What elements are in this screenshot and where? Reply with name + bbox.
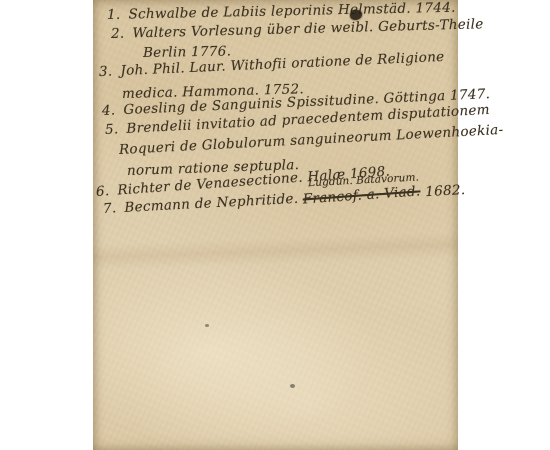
paper-speckle: [163, 62, 166, 65]
entry-number: 2.: [111, 26, 125, 42]
manuscript-page: 1.Schwalbe de Labiis leporinis Helmstäd.…: [93, 0, 458, 450]
entry-number: 4.: [102, 102, 116, 119]
entry-number: 5.: [105, 121, 119, 138]
paper-crease: [93, 232, 459, 271]
entry-number: 6.: [95, 183, 110, 200]
paper-speckle: [205, 324, 209, 327]
corrected-place-of-publication: Lugdun. Batavorum. Francof. a. Viad.: [302, 184, 421, 206]
paper-speckle: [290, 384, 295, 388]
entry-number: 1.: [107, 7, 121, 23]
entry-year: 1682.: [425, 182, 466, 200]
entry-number: 7.: [103, 200, 117, 217]
scanned-document: 1.Schwalbe de Labiis leporinis Helmstäd.…: [0, 0, 550, 450]
entry-number: 3.: [99, 63, 113, 80]
